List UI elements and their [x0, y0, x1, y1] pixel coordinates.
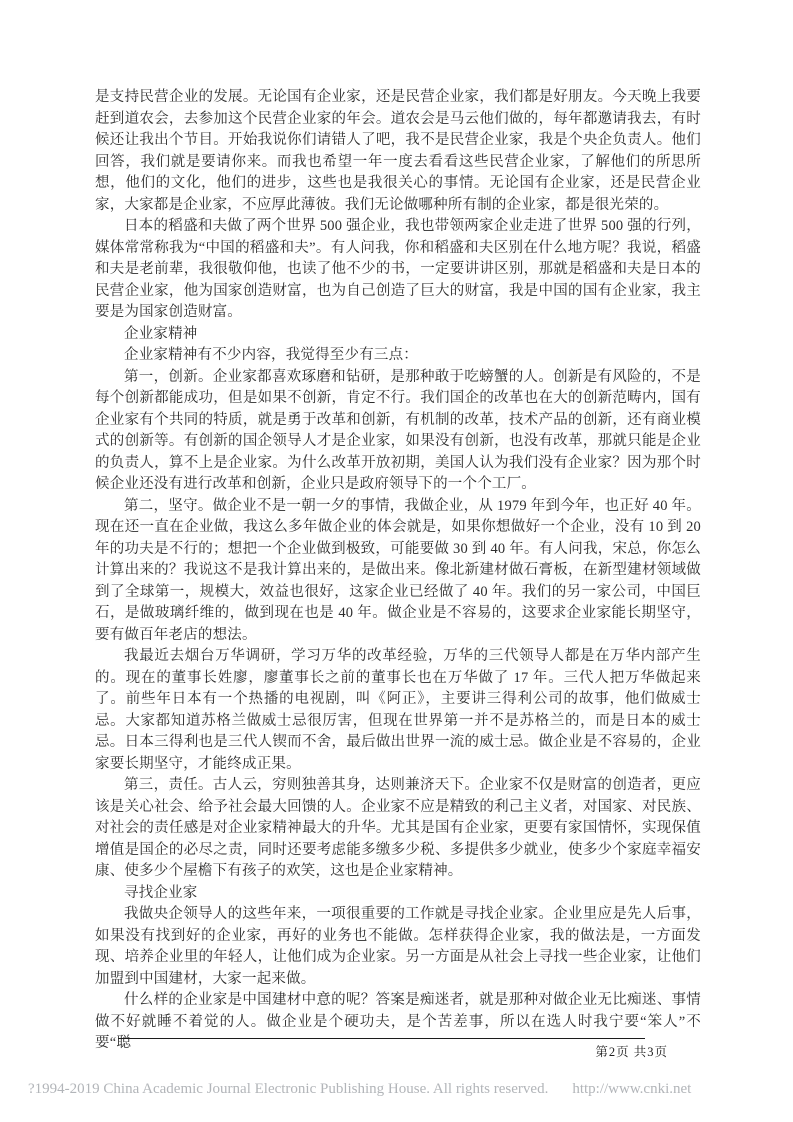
footer-divider	[118, 1038, 645, 1039]
paragraph: 第一，创新。企业家都喜欢琢磨和钻研，是那种敢于吃螃蟹的人。创新是有风险的，不是每…	[95, 367, 701, 496]
paragraph: 日本的稻盛和夫做了两个世界 500 强企业，我也带领两家企业走进了世界 500 …	[95, 216, 701, 324]
document-page: 是支持民营企业的发展。无论国有企业家，还是民营企业家，我们都是好朋友。今天晚上我…	[0, 0, 793, 1122]
publisher-url: http://www.cnki.net	[572, 1081, 691, 1097]
copyright-text: ?1994-2019 China Academic Journal Electr…	[28, 1081, 548, 1097]
paragraph: 第三，责任。古人云，穷则独善其身，达则兼济天下。企业家不仅是财富的创造者，更应该…	[95, 775, 701, 883]
article-body: 是支持民营企业的发展。无论国有企业家，还是民营企业家，我们都是好朋友。今天晚上我…	[95, 87, 701, 1055]
copyright-line: ?1994-2019 China Academic Journal Electr…	[28, 1081, 768, 1098]
paragraph: 是支持民营企业的发展。无论国有企业家，还是民营企业家，我们都是好朋友。今天晚上我…	[95, 87, 701, 216]
page-number: 第2页 共3页	[400, 1042, 668, 1060]
paragraph: 第二，坚守。做企业不是一朝一夕的事情，我做企业，从 1979 年到今年，也正好 …	[95, 496, 701, 647]
paragraph: 我最近去烟台万华调研，学习万华的改革经验，万华的三代领导人都是在万华内部产生的。…	[95, 646, 701, 775]
paragraph: 我做央企领导人的这些年来，一项很重要的工作就是寻找企业家。企业里应是先人后事，如…	[95, 904, 701, 990]
paragraph: 企业家精神有不少内容，我觉得至少有三点：	[95, 345, 701, 367]
section-heading: 企业家精神	[95, 324, 701, 346]
section-heading: 寻找企业家	[95, 883, 701, 905]
